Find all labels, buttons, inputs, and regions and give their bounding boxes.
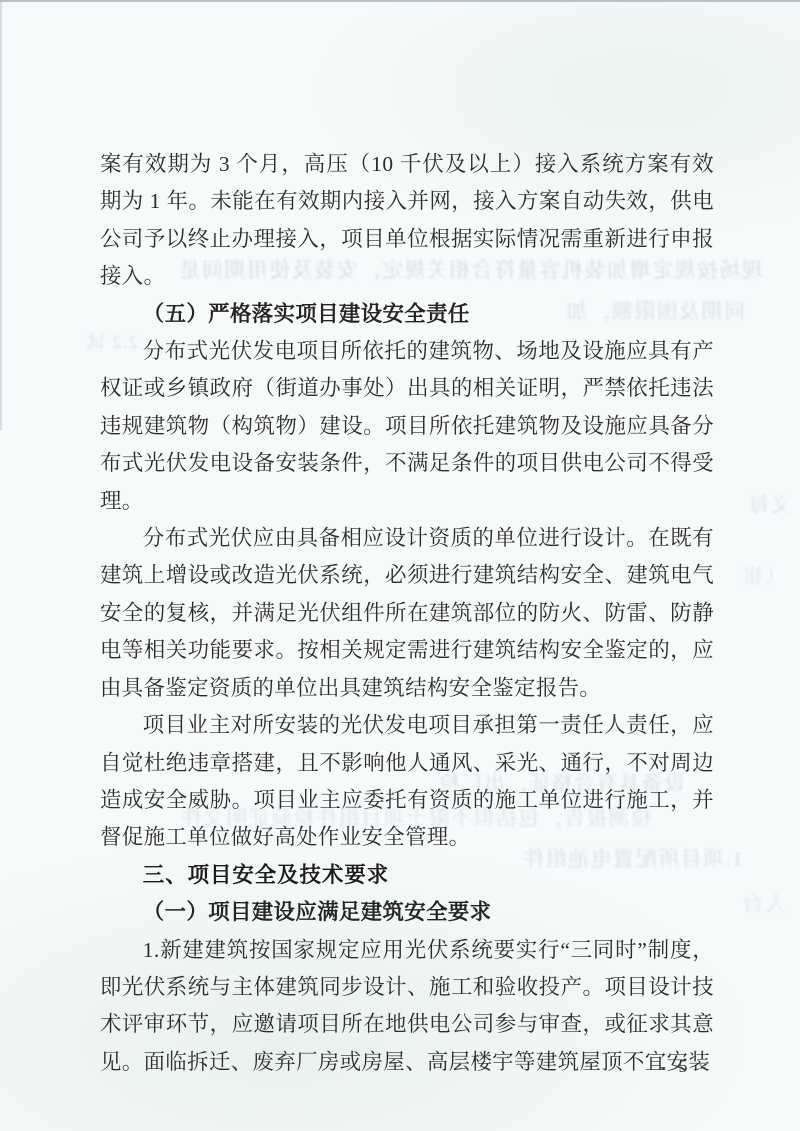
document-body: 案有效期为 3 个月，高压（10 千伏及以上）接入系统方案有效期为 1 年。未能… — [100, 146, 714, 1081]
scan-edge-top — [0, 0, 800, 2]
scan-edge-left — [0, 0, 2, 430]
bleedthrough-text: 义每 — [732, 489, 792, 519]
paragraph: 分布式光伏应由具备相应设计资质的单位进行设计。在既有建筑上增设或改造光伏系统，必… — [100, 520, 714, 707]
paragraph-continuation: 案有效期为 3 个月，高压（10 千伏及以上）接入系统方案有效期为 1 年。未能… — [100, 146, 714, 296]
bleedthrough-text: （崔 — [726, 560, 786, 590]
paragraph: 1.新建建筑按国家规定应用光伏系统要实行“三同时”制度，即光伏系统与主体建筑同步… — [100, 932, 714, 1082]
paragraph: 项目业主对所安装的光伏发电项目承担第一责任人责任，应自觉杜绝违章搭建，且不影响他… — [100, 707, 714, 857]
paragraph: 分布式光伏发电项目所依托的建筑物、场地及设施应具有产权证或乡镇政府（街道办事处）… — [100, 333, 714, 520]
chapter-heading-3: 三、项目安全及技术要求 — [100, 857, 714, 894]
section-heading-5: （五）严格落实项目建设安全责任 — [100, 296, 714, 333]
section-heading-1: （一）项目建设应满足建筑安全要求 — [100, 894, 714, 931]
bleedthrough-text: 人台 — [736, 888, 786, 918]
page-number: - 5 - — [630, 1056, 740, 1077]
